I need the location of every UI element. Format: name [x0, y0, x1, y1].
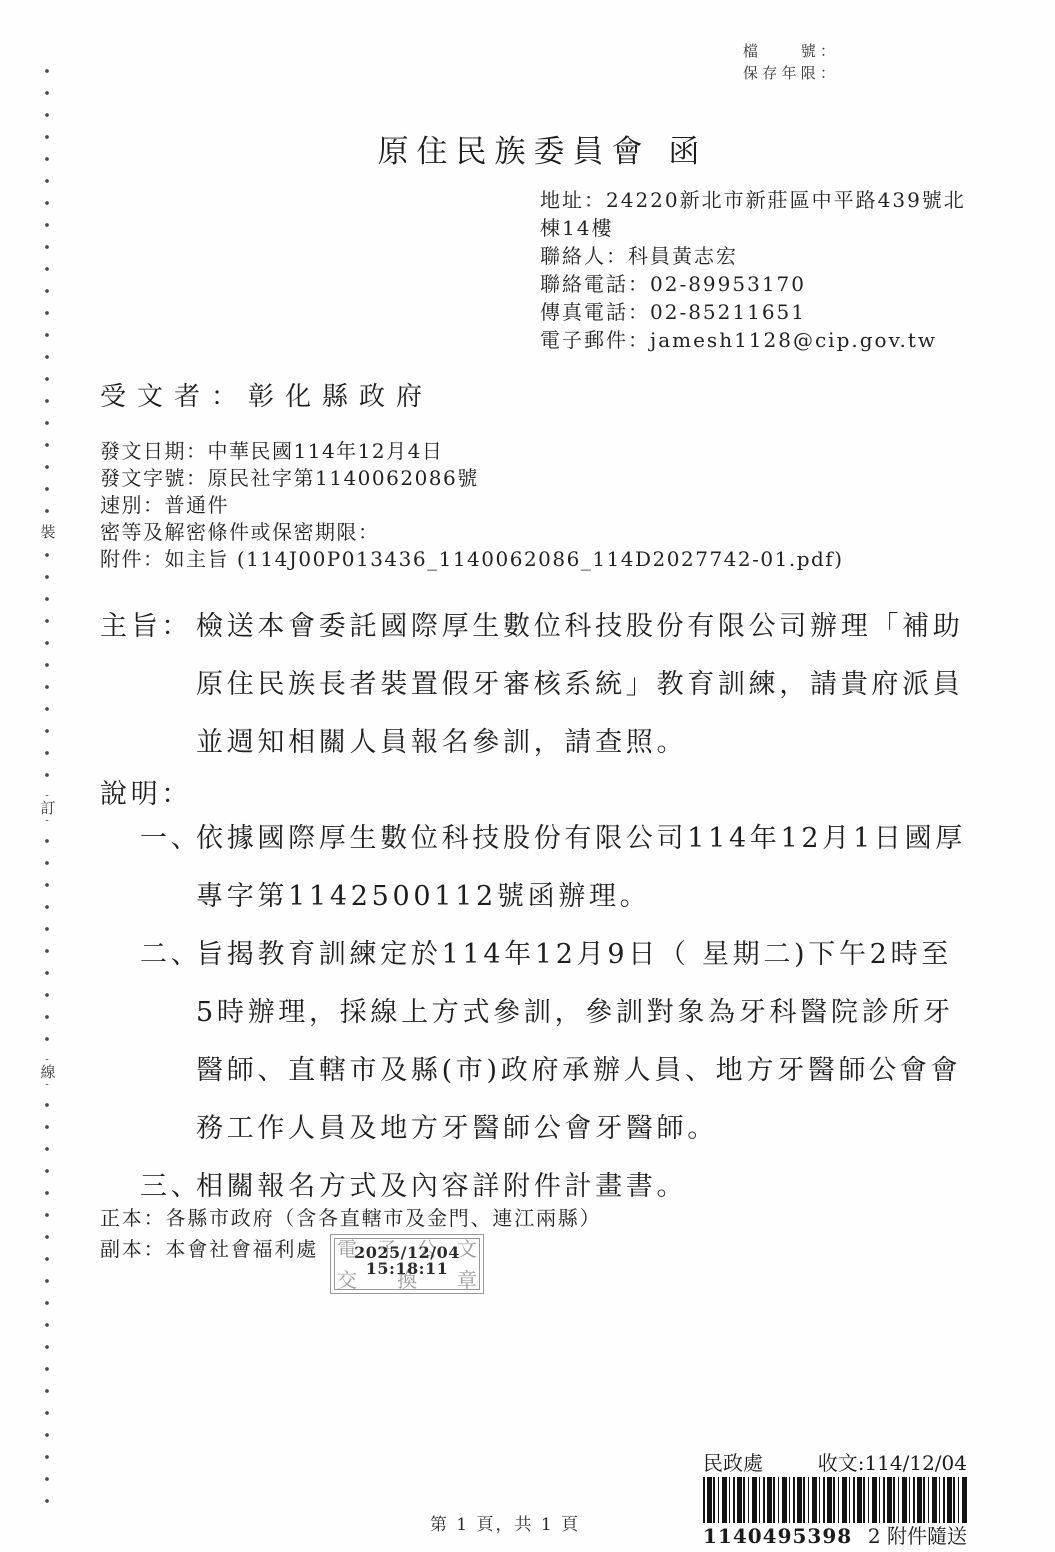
explanation-item-2: 二、 旨揭教育訓練定於114年12月9日（ 星期二)下午2時至5時辦理，採線上方…	[100, 926, 968, 1158]
attachment-line: 附件：如主旨 (114J00P013436_1140062086_114D202…	[100, 546, 980, 573]
subject-text: 檢送本會委託國際厚生數位科技股份有限公司辦理「補助原住民族長者裝置假牙審核系統」…	[100, 598, 968, 772]
sender-email: 電子郵件：jamesh1128@cip.gov.tw	[540, 326, 972, 354]
sender-contact-person: 聯絡人：科員黃志宏	[540, 242, 972, 270]
item-number: 一、	[140, 810, 201, 868]
item-text: 旨揭教育訓練定於114年12月9日（ 星期二)下午2時至5時辦理，採線上方式參訓…	[196, 939, 961, 1144]
retention-period-label: 保存年限：	[743, 62, 835, 84]
sender-contact-block: 地址：24220新北市新莊區中平路439號北棟14樓 聯絡人：科員黃志宏 聯絡電…	[540, 186, 972, 354]
receiving-office: 民政處	[703, 1450, 763, 1476]
stamp-time: 15:18:11	[331, 1259, 483, 1278]
document-meta-block: 發文日期：中華民國114年12月4日 發文字號：原民社字第1140062086號…	[100, 438, 980, 573]
sender-address: 地址：24220新北市新莊區中平路439號北棟14樓	[540, 186, 972, 242]
file-number-label: 檔 號：	[743, 40, 835, 62]
issue-date-line: 發文日期：中華民國114年12月4日	[100, 438, 980, 465]
subject-label: 主旨：	[100, 598, 192, 656]
explanation-items: 一、 依據國際厚生數位科技股份有限公司114年12月1日國厚專字第1142500…	[100, 810, 968, 1216]
original-copy-line: 正本：各縣市政府（含各直轄市及金門、連江兩縣）	[100, 1203, 601, 1234]
binding-dotted-line	[44, 68, 50, 1516]
security-class-line: 密等及解密條件或保密期限：	[100, 519, 980, 546]
binding-mark-zhuang: 裝	[38, 520, 58, 544]
binding-mark-xian: 線	[38, 1060, 58, 1084]
item-number: 二、	[140, 926, 201, 984]
binding-mark-ding: 訂	[38, 796, 58, 820]
page-number-footer: 第 1 頁，共 1 頁	[380, 1510, 630, 1535]
explanation-item-1: 一、 依據國際厚生數位科技股份有限公司114年12月1日國厚專字第1142500…	[100, 810, 968, 926]
sender-fax: 傳真電話：02-85211651	[540, 298, 972, 326]
issue-number-line: 發文字號：原民社字第1140062086號	[100, 465, 980, 492]
item-text: 依據國際厚生數位科技股份有限公司114年12月1日國厚專字第1142500112…	[196, 823, 966, 912]
received-date: 收文:114/12/04	[818, 1450, 967, 1476]
speed-class-line: 速別：普通件	[100, 492, 980, 519]
receipt-barcode	[703, 1477, 967, 1523]
receipt-block: 民政處 收文:114/12/04 1140495398 2 附件隨送	[703, 1450, 967, 1549]
recipient-line: 受文者：彰化縣政府	[100, 376, 433, 413]
filing-labels: 檔 號： 保存年限：	[743, 40, 835, 84]
document-title: 原住民族委員會 函	[90, 126, 995, 171]
attachment-note: 2 附件隨送	[868, 1523, 967, 1549]
subject-block: 主旨： 檢送本會委託國際厚生數位科技股份有限公司辦理「補助原住民族長者裝置假牙審…	[100, 598, 968, 772]
electronic-exchange-stamp: 電子公文 交換章 2025/12/04 15:18:11	[330, 1234, 484, 1294]
sender-phone: 聯絡電話：02-89953170	[540, 270, 972, 298]
receipt-number: 1140495398	[703, 1523, 852, 1549]
item-text: 相關報名方式及內容詳附件計畫書。	[196, 1171, 687, 1202]
